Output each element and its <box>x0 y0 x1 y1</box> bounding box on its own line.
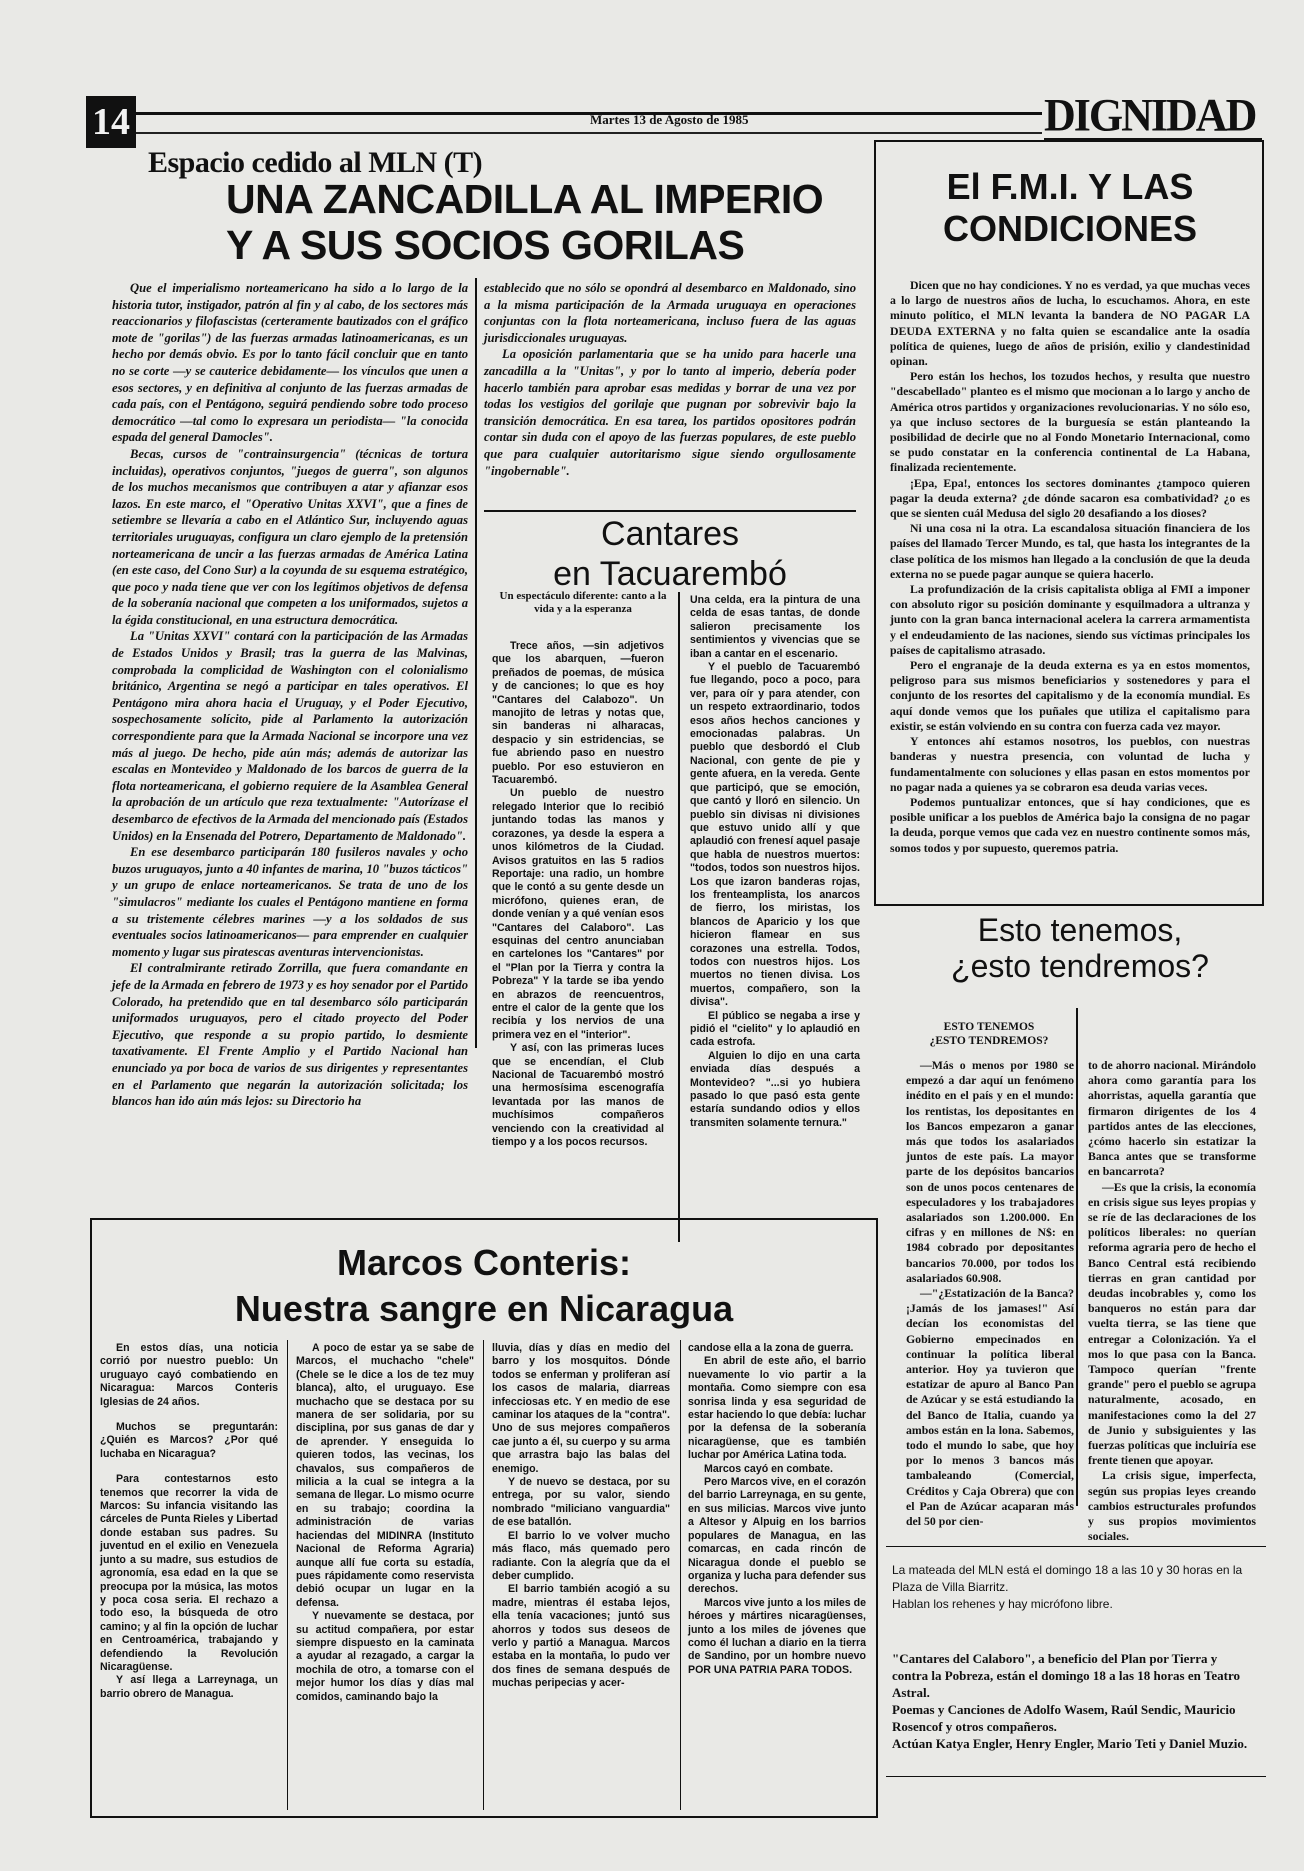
column-divider <box>678 592 680 1242</box>
paragraph: Que el imperialismo norteamericano ha si… <box>112 280 468 446</box>
main-article-column-2: establecido que no sólo se opondrá al de… <box>484 280 856 500</box>
paragraph: Y de nuevo se destaca, por su entrega, p… <box>492 1476 670 1530</box>
newspaper-page: 14 Martes 13 de Agosto de 1985 DIGNIDAD … <box>0 0 1304 1871</box>
paragraph: Un pueblo de nuestro relegado Interior q… <box>492 787 664 1042</box>
paragraph: —"¿Estatización de la Banca? ¡Jamás de l… <box>906 1286 1074 1529</box>
article-kicker: Espacio cedido al MLN (T) <box>148 146 482 180</box>
esto-headline: Esto tenemos, ¿esto tendremos? <box>920 912 1240 984</box>
paragraph: A poco de estar ya se sabe de Marcos, el… <box>296 1342 474 1610</box>
notice-line: Actúan Katya Engler, Henry Engler, Mario… <box>892 1735 1256 1752</box>
paragraph: Una celda, era la pintura de una celda d… <box>690 594 860 661</box>
paragraph: En abril de este año, el barrio nuevamen… <box>688 1355 866 1462</box>
paragraph: Alguien lo dijo en una carta enviada día… <box>690 1050 860 1130</box>
page-number: 14 <box>86 96 136 148</box>
paragraph: En ese desembarco participarán 180 fusil… <box>112 844 468 960</box>
cantares-column-2: Una celda, era la pintura de una celda d… <box>690 594 860 1234</box>
paragraph: La crisis sigue, imperfecta, según sus p… <box>1088 1468 1256 1544</box>
notice-line: "Cantares del Calaboro", a beneficio del… <box>892 1650 1256 1701</box>
headline-line: Cantares <box>488 514 852 554</box>
paragraph: Marcos cayó en combate. <box>688 1463 866 1476</box>
paragraph: establecido que no sólo se opondrá al de… <box>484 280 856 346</box>
headline-line: El F.M.I. Y LAS <box>880 166 1260 208</box>
column-divider <box>475 278 477 1048</box>
headline-line: Marcos Conteris: <box>90 1240 878 1286</box>
paragraph: Ni una cosa ni la otra. La escandalosa s… <box>890 521 1250 582</box>
paragraph: Podemos puntualizar entonces, que sí hay… <box>890 795 1250 856</box>
paragraph: —Es que la crisis, la economía en crisis… <box>1088 1180 1256 1469</box>
paragraph: Marcos vive junto a los miles de héroes … <box>688 1597 866 1677</box>
paragraph: El barrio también acogió a su madre, mie… <box>492 1583 670 1690</box>
esto-column-1: —Más o menos por 1980 se empezó a dar aq… <box>906 1058 1074 1508</box>
paragraph: En estos días, una noticia corrió por nu… <box>100 1342 278 1409</box>
fmi-article-body: Dicen que no hay condiciones. Y no es ve… <box>890 278 1250 898</box>
main-headline: UNA ZANCADILLA AL IMPERIO Y A SUS SOCIOS… <box>226 176 866 268</box>
paragraph: Y nuevamente se destaca, por su actitud … <box>296 1610 474 1704</box>
paragraph: Trece años, —sin adjetivos que los abarq… <box>492 640 664 787</box>
cantares-subtitle: Un espectáculo diferente: canto a la vid… <box>498 590 668 616</box>
paragraph: lluvia, días y días en medio del barro y… <box>492 1342 670 1476</box>
column-divider <box>287 1340 288 1810</box>
paragraph: Dicen que no hay condiciones. Y no es ve… <box>890 278 1250 369</box>
main-article-column-1: Que el imperialismo norteamericano ha si… <box>112 280 468 1038</box>
paragraph: Becas, cursos de "contrainsurgencia" (té… <box>112 446 468 629</box>
section-divider <box>484 510 856 512</box>
fmi-headline: El F.M.I. Y LAS CONDICIONES <box>880 166 1260 250</box>
notice-line: La mateada del MLN está el domingo 18 a … <box>892 1562 1256 1596</box>
header-rule <box>136 112 1042 115</box>
cantares-event-notice: "Cantares del Calaboro", a beneficio del… <box>892 1650 1256 1752</box>
paragraph: ¡Epa, Epa!, entonces los sectores domina… <box>890 476 1250 522</box>
section-divider <box>886 1776 1266 1777</box>
esto-subtitle: ESTO TENEMOS ¿ESTO TENDREMOS? <box>914 1020 1064 1048</box>
header-rule <box>136 132 1042 134</box>
paragraph: Pero el engranaje de la deuda externa es… <box>890 658 1250 734</box>
marcos-column-3: lluvia, días y días en medio del barro y… <box>492 1342 670 1812</box>
mateada-notice: La mateada del MLN está el domingo 18 a … <box>892 1562 1256 1613</box>
subtitle-line: ¿ESTO TENDREMOS? <box>914 1034 1064 1048</box>
paragraph: Pero Marcos vive, en el corazón del barr… <box>688 1476 866 1597</box>
headline-line: UNA ZANCADILLA AL IMPERIO <box>226 176 866 222</box>
paragraph: La profundización de la crisis capitalis… <box>890 582 1250 658</box>
paragraph: —Más o menos por 1980 se empezó a dar aq… <box>906 1058 1074 1286</box>
headline-line: Esto tenemos, <box>920 912 1240 948</box>
paragraph: El público se negaba a irse y pidió el "… <box>690 1010 860 1050</box>
headline-line: en Tacuarembó <box>488 554 852 594</box>
section-divider <box>886 1546 1266 1547</box>
paragraph: La "Unitas XXVI" contará con la particip… <box>112 628 468 844</box>
paragraph: Y entonces ahí estamos nosotros, los pue… <box>890 734 1250 795</box>
paragraph: to de ahorro nacional. Mirándolo ahora c… <box>1088 1058 1256 1180</box>
subtitle-line: ESTO TENEMOS <box>914 1020 1064 1034</box>
paragraph: Para contestarnos esto tenemos que recor… <box>100 1473 278 1674</box>
paragraph: Y el pueblo de Tacuarembó fue llegando, … <box>690 661 860 1010</box>
cantares-column-1: Trece años, —sin adjetivos que los abarq… <box>492 640 664 1250</box>
column-divider <box>483 1340 484 1810</box>
headline-line: Y A SUS SOCIOS GORILAS <box>226 222 866 268</box>
paragraph: Y así, con las primeras luces que se enc… <box>492 1042 664 1149</box>
paragraph: Y así llega a Larreynaga, un barrio obre… <box>100 1674 278 1701</box>
paragraph: candose ella a la zona de guerra. <box>688 1342 866 1355</box>
notice-line: Hablan los rehenes y hay micrófono libre… <box>892 1596 1256 1613</box>
dateline: Martes 13 de Agosto de 1985 <box>590 112 749 128</box>
notice-line: Poemas y Canciones de Adolfo Wasem, Raúl… <box>892 1701 1256 1735</box>
marcos-column-1: En estos días, una noticia corrió por nu… <box>100 1342 278 1812</box>
column-divider <box>680 1340 681 1810</box>
masthead: DIGNIDAD <box>1044 89 1255 143</box>
headline-line: CONDICIONES <box>880 208 1260 250</box>
headline-line: Nuestra sangre en Nicaragua <box>90 1286 878 1332</box>
cantares-headline: Cantares en Tacuarembó <box>488 514 852 594</box>
paragraph: El contralmirante retirado Zorrilla, que… <box>112 960 468 1109</box>
esto-column-2: to de ahorro nacional. Mirándolo ahora c… <box>1088 1058 1256 1508</box>
paragraph: Pero están los hechos, los tozudos hecho… <box>890 369 1250 475</box>
marcos-column-4: candose ella a la zona de guerra. En abr… <box>688 1342 866 1812</box>
marcos-column-2: A poco de estar ya se sabe de Marcos, el… <box>296 1342 474 1812</box>
column-divider <box>1076 1008 1078 1506</box>
marcos-headline: Marcos Conteris: Nuestra sangre en Nicar… <box>90 1240 878 1332</box>
headline-line: ¿esto tendremos? <box>920 948 1240 984</box>
paragraph: Muchos se preguntarán: ¿Quién es Marcos?… <box>100 1421 278 1461</box>
paragraph: La oposición parlamentaria que se ha uni… <box>484 346 856 479</box>
paragraph: El barrio lo ve volver mucho más flaco, … <box>492 1530 670 1584</box>
